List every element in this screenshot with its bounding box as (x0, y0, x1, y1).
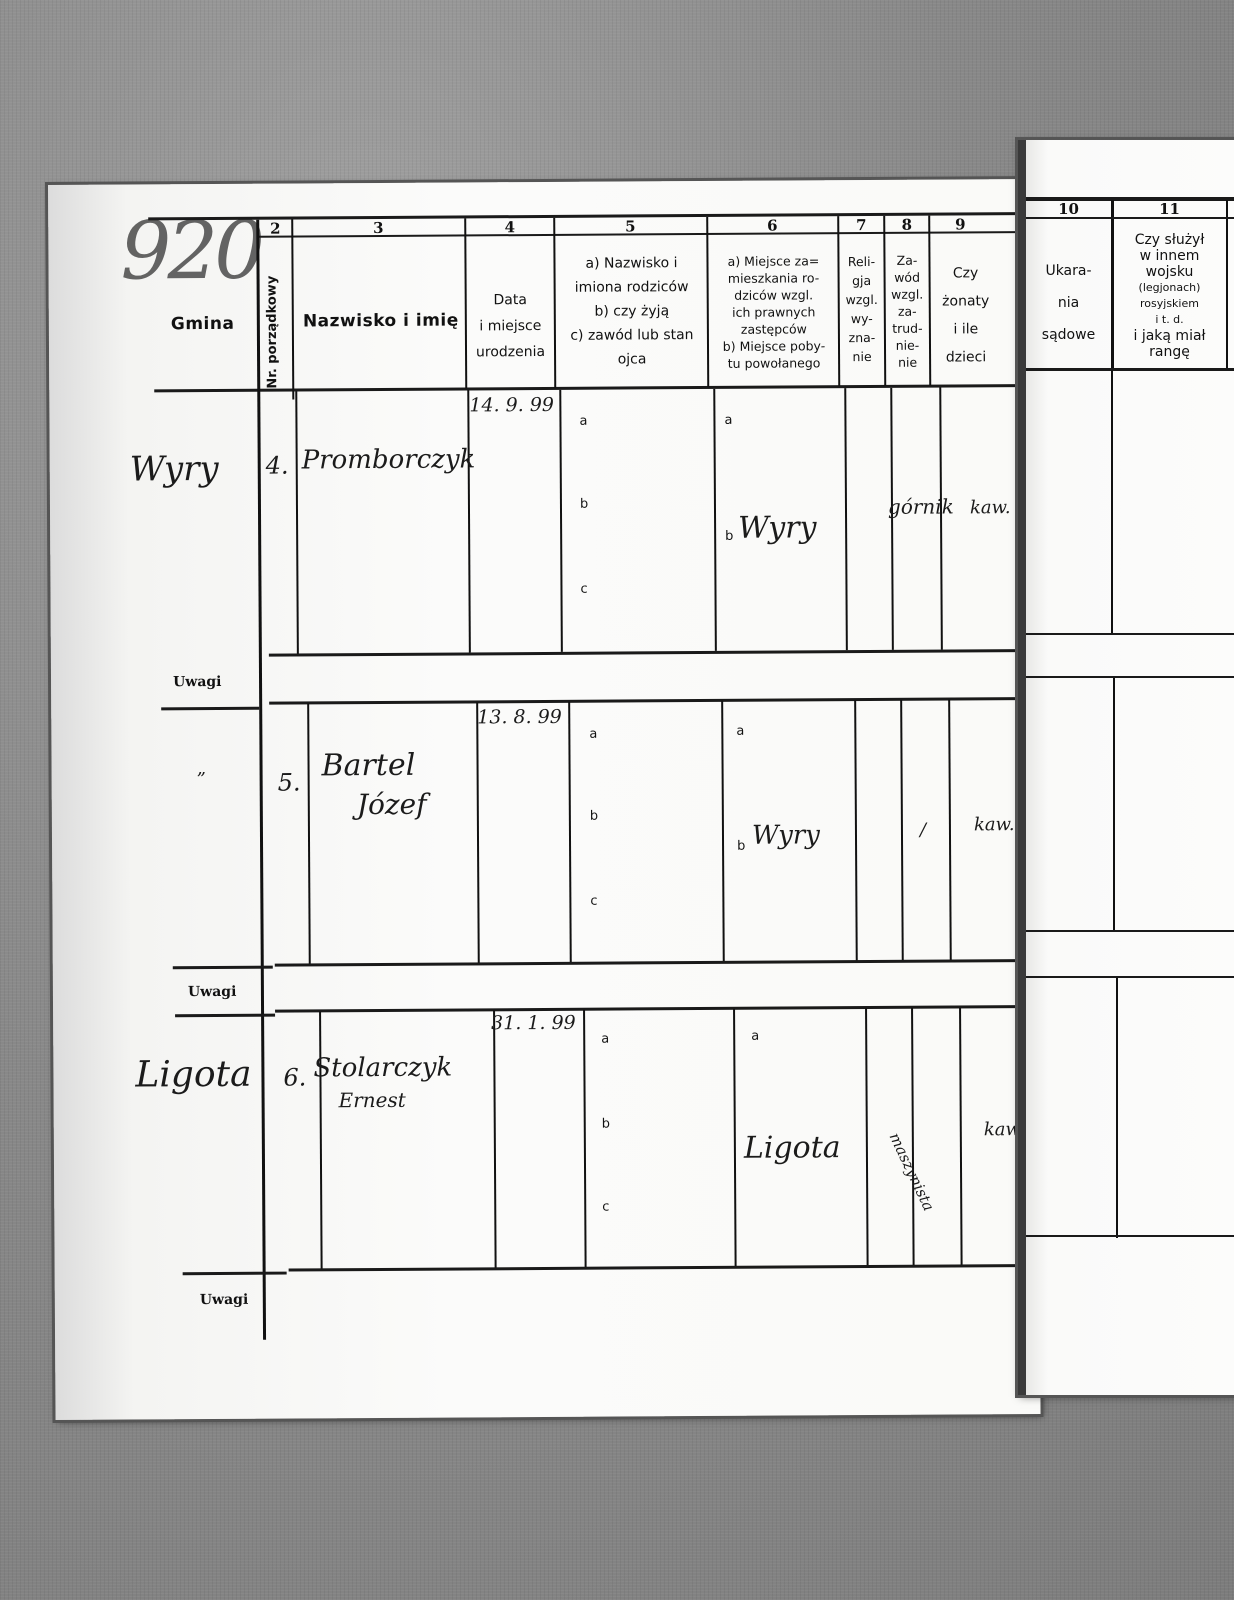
right-row3-bottom (1026, 1235, 1234, 1237)
header-line: rangę (1113, 344, 1226, 360)
row3-divider-6 (865, 1008, 869, 1266)
header-line: zastępców (709, 320, 839, 338)
header-line: wzgl. (840, 290, 884, 309)
entry2-married: kaw. (974, 814, 1015, 835)
remarks2-left-top-rule (173, 966, 273, 970)
row3-divider-8 (959, 1007, 963, 1265)
remarks2-bottom-rule (275, 1005, 1045, 1013)
entry1-sub-c: c (580, 582, 587, 597)
entry1-nr: 4. (266, 452, 289, 480)
row3-divider-nr (319, 1011, 323, 1269)
col-num-4: 4 (466, 218, 553, 237)
remarks-label-3: Uwagi (200, 1292, 249, 1308)
row3-divider-5 (733, 1009, 737, 1267)
row2-bottom-rule (275, 959, 1045, 967)
header-line: Reli- (839, 252, 883, 271)
header-line: wód (886, 269, 929, 286)
header-line: (legjonach) (1113, 280, 1226, 296)
header-line: b) czy żyją (556, 299, 708, 324)
row1-divider-6 (844, 388, 848, 650)
header-nazwisko-imie: Nazwisko i imię (301, 310, 461, 331)
entry3-sub-b: b (602, 1117, 610, 1132)
entry1-birth-date: 14. 9. 99 (469, 394, 554, 417)
header-line: Za- (885, 252, 928, 269)
col-num-3: 3 (293, 218, 463, 237)
entry3-sub-c: c (602, 1200, 609, 1215)
row2-divider-7 (900, 700, 904, 962)
remarks1-bottom-rule (269, 697, 1039, 705)
header-line: ich prawnych (709, 303, 839, 321)
entry2-residence: Wyry (752, 820, 820, 850)
header-line: Czy służył (1113, 232, 1226, 248)
row2-divider-4 (568, 702, 572, 964)
entry2-sub-c: c (590, 894, 597, 909)
col-num-11: 11 (1113, 200, 1226, 218)
header-nr-porzadkowy: Nr. porządkowy (264, 264, 280, 389)
header-line: i ile (931, 315, 1001, 343)
entry1-occupation: górnik (888, 494, 954, 518)
header-line: wy- (840, 309, 884, 328)
register-page-left: 920 2 3 4 5 6 7 8 9 Gmina Nr. porządkowy… (48, 179, 1041, 1420)
entry3-sub6-a: a (751, 1029, 759, 1044)
entry1-sub6-a: a (724, 413, 732, 428)
header-ukarania: Ukara- nia sądowe (1026, 255, 1111, 351)
header-line: w innem (1113, 248, 1226, 264)
row2-divider-3 (476, 702, 480, 964)
row3-divider-4 (583, 1010, 587, 1268)
row3-divider-3 (493, 1010, 497, 1268)
header-line: za- (886, 303, 929, 320)
header-line: Czy (930, 259, 1000, 287)
header-line: tu powołanego (709, 354, 839, 372)
row3-divider-7 (911, 1008, 915, 1266)
remarks1-left-rule (161, 707, 259, 711)
header-line: wzgl. (886, 286, 929, 303)
header-line: urodzenia (467, 339, 554, 366)
entry3-name-line2: Ernest (339, 1088, 406, 1112)
entry1-name: Promborczyk (302, 444, 476, 475)
header-line: Ukara- (1026, 255, 1111, 287)
header-religja: Reli- gja wzgl. wy- zna- nie (839, 252, 884, 366)
right-row1-divider (1111, 370, 1113, 635)
entry2-occupation: / (920, 820, 926, 841)
col-divider-nr (291, 220, 294, 400)
header-line: rosyjskiem (1113, 296, 1226, 312)
header-wojsko: Czy służył w innem wojsku (legjonach) ro… (1113, 232, 1226, 360)
header-line: zna- (840, 328, 884, 347)
col-num-7: 7 (839, 216, 883, 234)
header-line: imiona rodziców (556, 275, 708, 300)
entry2-sub-b: b (590, 809, 598, 824)
entry3-gmina: Ligota (135, 1054, 251, 1096)
header-line: nie- (886, 337, 929, 354)
entry1-gmina: Wyry (130, 449, 219, 490)
entry2-sub6-b: b (737, 839, 745, 854)
right-col-divider-11 (1226, 200, 1228, 370)
header-line: nie (886, 354, 929, 371)
row1-divider-3 (467, 390, 471, 652)
header-line: wojsku (1113, 264, 1226, 280)
header-line: b) Miejsce poby- (709, 337, 839, 355)
header-line: i miejsce (467, 313, 554, 340)
header-line: i t. d. (1113, 312, 1226, 328)
right-remarks1-bottom (1026, 676, 1234, 678)
col-num-8: 8 (885, 216, 928, 234)
header-line: dziców wzgl. (709, 286, 839, 304)
header-line: gja (840, 271, 884, 290)
row1-divider-nr (295, 391, 299, 653)
header-line: dzieci (931, 343, 1001, 371)
entry-row-1: Wyry 4. Promborczyk 14. 9. 99 a b c a b … (48, 179, 1033, 185)
header-line: a) Nazwisko i (555, 251, 707, 276)
entry3-birth-date: 31. 1. 99 (491, 1012, 576, 1035)
remarks-label-1: Uwagi (173, 674, 222, 690)
header-line: a) Miejsce za= (708, 252, 838, 270)
header-line: żonaty (931, 287, 1001, 315)
col-num-9: 9 (930, 215, 990, 233)
header-line: i jaką miał (1113, 328, 1226, 344)
entry1-sub-a: a (579, 414, 587, 429)
remarks-label-2: Uwagi (188, 984, 237, 1000)
entry3-nr: 6. (283, 1063, 306, 1091)
right-row1-bottom (1026, 633, 1234, 635)
col-num-6: 6 (708, 216, 836, 235)
row2-divider-5 (721, 701, 725, 963)
header-line: c) zawód lub stan (556, 323, 708, 348)
header-line: nia (1026, 287, 1111, 319)
col-num-5: 5 (555, 217, 705, 236)
row2-divider-8 (948, 699, 952, 961)
row2-divider-6 (854, 700, 858, 962)
header-line: ojca (556, 347, 708, 372)
register-page-right: 10 11 Ukara- nia sądowe Czy służył w inn… (1018, 140, 1234, 1395)
row3-bottom-rule (289, 1264, 1049, 1272)
entry3-name-line1: Stolarczyk (313, 1053, 452, 1084)
remarks3-left-top-rule (183, 1272, 287, 1276)
entry3-residence: Ligota (744, 1130, 841, 1166)
entry-row-2: ” 5. Bartel Józef 13. 8. 99 a b c a b Wy… (48, 179, 1033, 185)
header-line: nie (840, 347, 884, 366)
header-zonaty: Czy żonaty i ile dzieci (930, 259, 1001, 371)
right-header-bottom-rule (1026, 368, 1234, 371)
header-data-urodzenia: Data i miejsce urodzenia (467, 287, 554, 366)
entry2-gmina-ditto: ” (197, 769, 206, 790)
entry3-sub-a: a (601, 1032, 609, 1047)
entry2-nr: 5. (278, 768, 301, 796)
entry1-married: kaw. (970, 497, 1011, 518)
remarks2-left-rule (175, 1014, 275, 1018)
header-line: mieszkania ro- (709, 269, 839, 287)
row1-bottom-rule (269, 649, 1039, 657)
right-row2-divider (1113, 678, 1115, 932)
entry2-sub6-a: a (736, 724, 744, 739)
row1-divider-4 (559, 390, 563, 652)
header-line: trud- (886, 320, 929, 337)
entry2-name-line2: Józef (357, 788, 427, 821)
entry2-birth-date: 13. 8. 99 (477, 706, 562, 729)
row1-divider-5 (713, 389, 717, 651)
right-row2-bottom (1026, 930, 1234, 932)
entry1-residence: Wyry (738, 510, 817, 545)
header-line: sądowe (1026, 319, 1111, 351)
header-line: Data (467, 287, 554, 314)
col-num-2: 2 (260, 220, 290, 238)
header-bottom-rule (154, 384, 1034, 392)
col-num-10: 10 (1026, 200, 1111, 218)
entry1-sub6-b: b (725, 529, 733, 544)
header-miejsce-zamieszkania: a) Miejsce za= mieszkania ro- dziców wzg… (708, 252, 839, 372)
header-gmina: Gmina (171, 314, 235, 334)
entry1-sub-b: b (580, 497, 588, 512)
entry2-sub-a: a (589, 727, 597, 742)
entry-row-3: Ligota 6. Stolarczyk Ernest 31. 1. 99 a … (48, 179, 1033, 185)
row2-divider-nr (307, 703, 311, 965)
right-row3-divider (1116, 978, 1118, 1238)
header-zawod: Za- wód wzgl. za- trud- nie- nie (885, 252, 929, 371)
right-remarks2-bottom (1026, 976, 1234, 978)
entry2-name-line1: Bartel (321, 748, 415, 784)
header-rodzice: a) Nazwisko i imiona rodziców b) czy żyj… (555, 251, 708, 372)
